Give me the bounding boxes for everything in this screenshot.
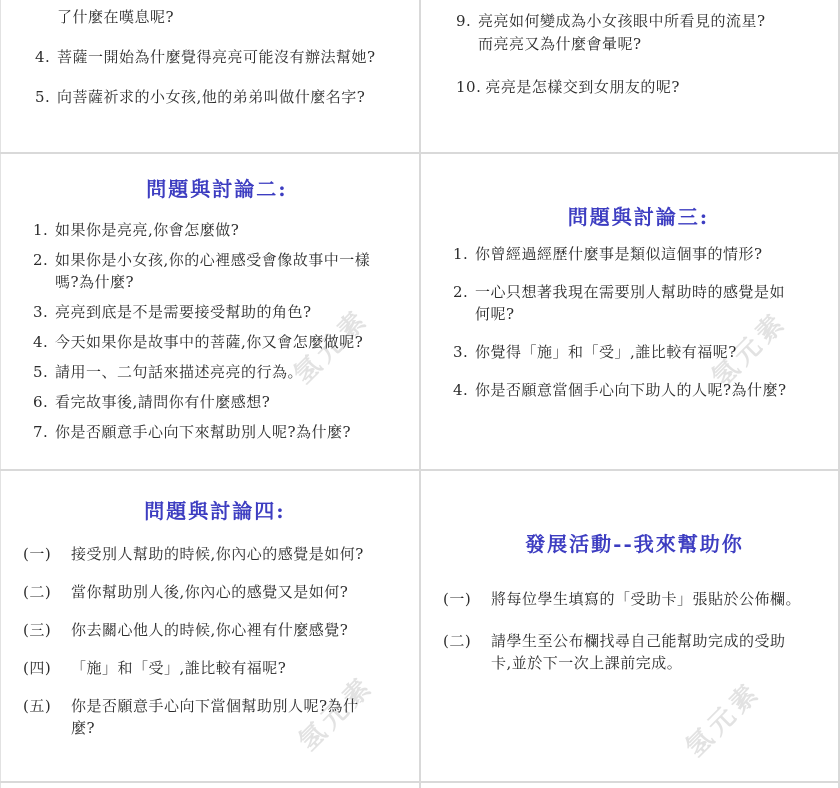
list-item: 4. 你是否願意當個手心向下助人的人呢?為什麼? (453, 379, 824, 401)
item-text: 向菩薩祈求的小女孩,他的弟弟叫做什麼名字? (57, 86, 365, 109)
item-text: 你是否願意當個手心向下助人的人呢?為什麼? (475, 379, 787, 401)
item-text: 菩薩一開始為什麼覺得亮亮可能沒有辦法幫她? (57, 46, 376, 69)
item-number: (一) (23, 543, 69, 565)
slide-cell-top-right: 9. 亮亮如何變成為小女孩眼中所看見的流星? 而亮亮又為什麼會暈呢? 10. 亮… (421, 0, 838, 152)
item-number: 2. (33, 249, 51, 271)
item-number: 10. (456, 76, 481, 99)
item-number: 1. (33, 219, 51, 241)
list-item: 3. 你覺得「施」和「受」,誰比較有福呢? (453, 341, 824, 363)
item-text: 你去關心他人的時候,你心裡有什麼感覺? (71, 619, 348, 641)
slide-title: 問題與討論四: (23, 498, 407, 524)
item-text: 亮亮如何變成為小女孩眼中所看見的流星? 而亮亮又為什麼會暈呢? (478, 10, 766, 56)
grid-divider-horizontal (0, 469, 840, 471)
list-item: 2. 如果你是小女孩,你的心裡感受會像故事中一樣 嗎?為什麼? (33, 249, 401, 293)
item-text: 亮亮到底是不是需要接受幫助的角色? (55, 301, 312, 323)
slide-title: 問題與討論二: (33, 176, 401, 202)
list-item: (三) 你去關心他人的時候,你心裡有什麼感覺? (23, 619, 407, 641)
list-item: 1. 如果你是亮亮,你會怎麼做? (33, 219, 401, 241)
slide-cell-discussion-four: 問題與討論四: (一) 接受別人幫助的時候,你內心的感覺是如何? (二) 當你幫… (0, 471, 419, 781)
item-text: 亮亮是怎樣交到女朋友的呢? (485, 76, 680, 99)
item-number: 9. (456, 10, 474, 33)
item-number: (二) (23, 581, 69, 603)
list-item: 4. 菩薩一開始為什麼覺得亮亮可能沒有辦法幫她? (35, 46, 401, 69)
item-number: (二) (443, 630, 489, 652)
list-item: (一) 接受別人幫助的時候,你內心的感覺是如何? (23, 543, 407, 565)
slide-cell-development-activity: 發展活動--我來幫助你 (一) 將每位學生填寫的「受助卡」張貼於公佈欄。 (二)… (421, 471, 838, 781)
list-item: (五) 你是否願意手心向下當個幫助別人呢?為什 麼? (23, 695, 407, 739)
list-item: 9. 亮亮如何變成為小女孩眼中所看見的流星? 而亮亮又為什麼會暈呢? (456, 10, 823, 56)
list-item: 5. 請用一、二句話來描述亮亮的行為。 (33, 361, 401, 383)
list-item: 6. 看完故事後,請問你有什麼感想? (33, 391, 401, 413)
slide-cell-top-left: 了什麼在嘆息呢? 4. 菩薩一開始為什麼覺得亮亮可能沒有辦法幫她? 5. 向菩薩… (0, 0, 419, 152)
item-number: 7. (33, 421, 51, 443)
item-text: 你是否願意手心向下當個幫助別人呢?為什 麼? (71, 695, 359, 739)
item-number: 2. (453, 281, 471, 303)
item-number: 4. (35, 46, 53, 69)
item-number: (五) (23, 695, 69, 717)
item-text: 接受別人幫助的時候,你內心的感覺是如何? (71, 543, 364, 565)
item-text: 你覺得「施」和「受」,誰比較有福呢? (475, 341, 737, 363)
item-text: 將每位學生填寫的「受助卡」張貼於公佈欄。 (491, 588, 801, 610)
item-text: 今天如果你是故事中的菩薩,你又會怎麼做呢? (55, 331, 363, 353)
list-item: (四) 「施」和「受」,誰比較有福呢? (23, 657, 407, 679)
item-number: 4. (453, 379, 471, 401)
list-item: 2. 一心只想著我現在需要別人幫助時的感覺是如 何呢? (453, 281, 824, 325)
item-text: 當你幫助別人後,你內心的感覺又是如何? (71, 581, 348, 603)
item-number: (三) (23, 619, 69, 641)
slide-cell-discussion-three: 問題與討論三: 1. 你曾經過經歷什麼事是類似這個事的情形? 2. 一心只想著我… (421, 154, 838, 469)
list-item: 3. 亮亮到底是不是需要接受幫助的角色? (33, 301, 401, 323)
item-text: 了什麼在嘆息呢? (57, 6, 174, 29)
item-number: (四) (23, 657, 69, 679)
item-text: 請學生至公布欄找尋自己能幫助完成的受助 卡,並於下一次上課前完成。 (491, 630, 786, 674)
slide-cell-discussion-two: 問題與討論二: 1. 如果你是亮亮,你會怎麼做? 2. 如果你是小女孩,你的心裡… (0, 154, 419, 469)
grid-border-left (0, 0, 1, 788)
item-text: 看完故事後,請問你有什麼感想? (55, 391, 270, 413)
list-item: 1. 你曾經過經歷什麼事是類似這個事的情形? (453, 243, 824, 265)
item-text: 如果你是亮亮,你會怎麼做? (55, 219, 239, 241)
item-number: 6. (33, 391, 51, 413)
list-item: (二) 請學生至公布欄找尋自己能幫助完成的受助 卡,並於下一次上課前完成。 (443, 630, 826, 674)
list-item: (二) 當你幫助別人後,你內心的感覺又是如何? (23, 581, 407, 603)
item-number: 5. (35, 86, 53, 109)
list-item: 了什麼在嘆息呢? (35, 6, 401, 29)
item-text: 「施」和「受」,誰比較有福呢? (71, 657, 286, 679)
item-number: 3. (453, 341, 471, 363)
item-number: 1. (453, 243, 471, 265)
item-text: 一心只想著我現在需要別人幫助時的感覺是如 何呢? (475, 281, 785, 325)
item-text: 請用一、二句話來描述亮亮的行為。 (55, 361, 303, 383)
item-number: 4. (33, 331, 51, 353)
list-item: 5. 向菩薩祈求的小女孩,他的弟弟叫做什麼名字? (35, 86, 401, 109)
list-item: 10. 亮亮是怎樣交到女朋友的呢? (456, 76, 823, 99)
item-text: 你曾經過經歷什麼事是類似這個事的情形? (475, 243, 763, 265)
list-item: 4. 今天如果你是故事中的菩薩,你又會怎麼做呢? (33, 331, 401, 353)
item-text: 如果你是小女孩,你的心裡感受會像故事中一樣 嗎?為什麼? (55, 249, 370, 293)
slide-handout-grid: 氢元素 氢元素 氢元素 氢元素 了什麼在嘆息呢? 4. 菩薩一開始為什麼覺得亮亮… (0, 0, 840, 788)
item-number: 3. (33, 301, 51, 323)
list-item: (一) 將每位學生填寫的「受助卡」張貼於公佈欄。 (443, 588, 826, 610)
item-number: (一) (443, 588, 489, 610)
slide-title: 發展活動--我來幫助你 (443, 531, 826, 557)
list-item: 7. 你是否願意手心向下來幫助別人呢?為什麼? (33, 421, 401, 443)
item-number: 5. (33, 361, 51, 383)
item-text: 你是否願意手心向下來幫助別人呢?為什麼? (55, 421, 351, 443)
grid-divider-horizontal (0, 152, 840, 154)
grid-divider-vertical (419, 0, 421, 788)
slide-title: 問題與討論三: (453, 204, 824, 230)
grid-divider-horizontal (0, 781, 840, 783)
